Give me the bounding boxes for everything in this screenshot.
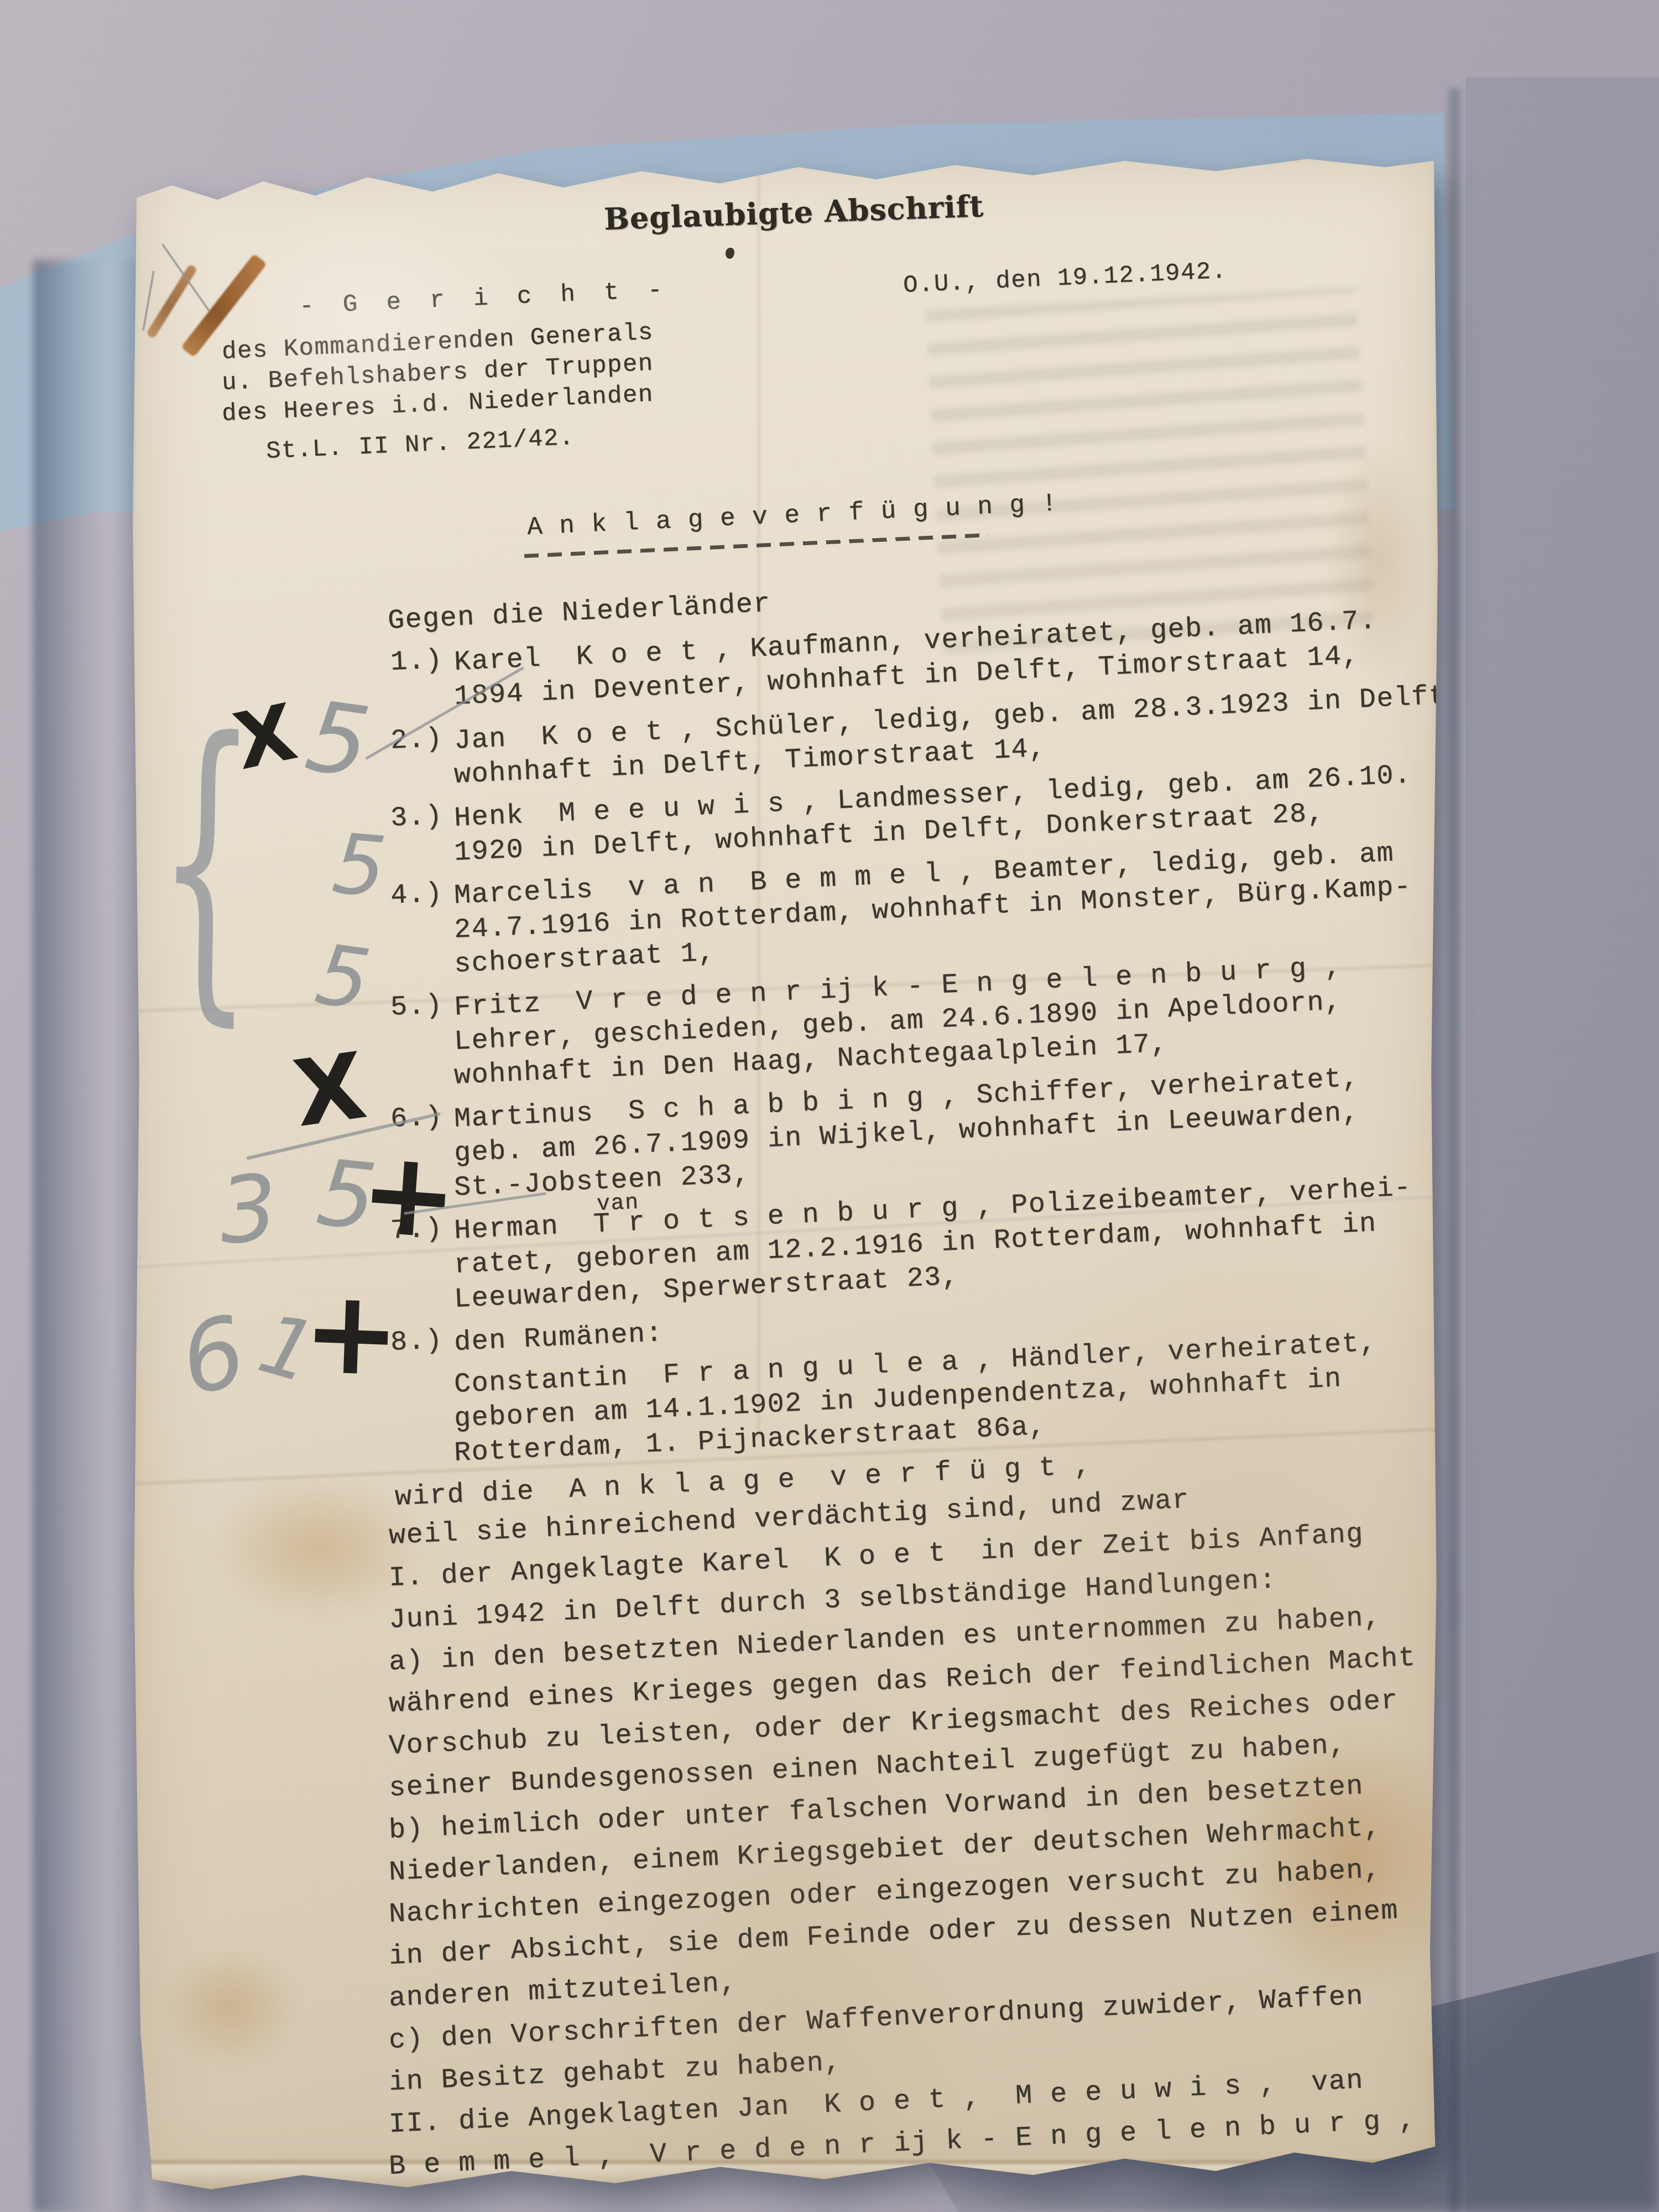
ink-plus-item7: + [300,1264,402,1402]
salutation: Gegen die Niederländer [387,588,771,637]
pencil-5-item2: 5 [300,680,377,800]
defendant-4-number: 4.) [390,878,444,912]
ink-spot [726,248,734,259]
defendant-5-number: 5.) [390,990,444,1024]
pencil-3-item6: 3 [216,1155,281,1265]
paper-sheet: Beglaubigte Abschrift O.U., den 19.12.19… [133,155,1438,2195]
folder-right-crease [1442,88,1467,2212]
file-number: St.L. II Nr. 221/42. [265,424,575,466]
certification-stamp: Beglaubigte Abschrift [603,188,984,237]
defendant-3-number: 3.) [390,801,444,834]
defendant-8-group-label: den Rumänen: [453,1318,664,1359]
pencil-6-item7: 6 [171,1295,255,1418]
pencil-5-item4: 5 [310,926,376,1029]
court-title: - G e r i c h t - [299,276,670,321]
date-line: O.U., den 19.12.1942. [902,257,1228,300]
stain [160,1947,299,2068]
charge-line-11: anderen mitzuteilen, [388,1967,738,2015]
pencil-5-item3: 5 [329,816,390,916]
folder-right-panel [1465,77,1659,2212]
ink-bleed-through [926,288,1375,664]
defendant-1-number: 1.) [390,645,444,679]
document-page: Beglaubigte Abschrift O.U., den 19.12.19… [133,155,1438,2195]
charge-line-13: in Besitz gehabt zu haben, [388,2047,842,2099]
photo-scene: Beglaubigte Abschrift O.U., den 19.12.19… [0,0,1659,2212]
folder-left-fold [33,260,144,2212]
ink-plus-item6: + [356,1124,462,1266]
